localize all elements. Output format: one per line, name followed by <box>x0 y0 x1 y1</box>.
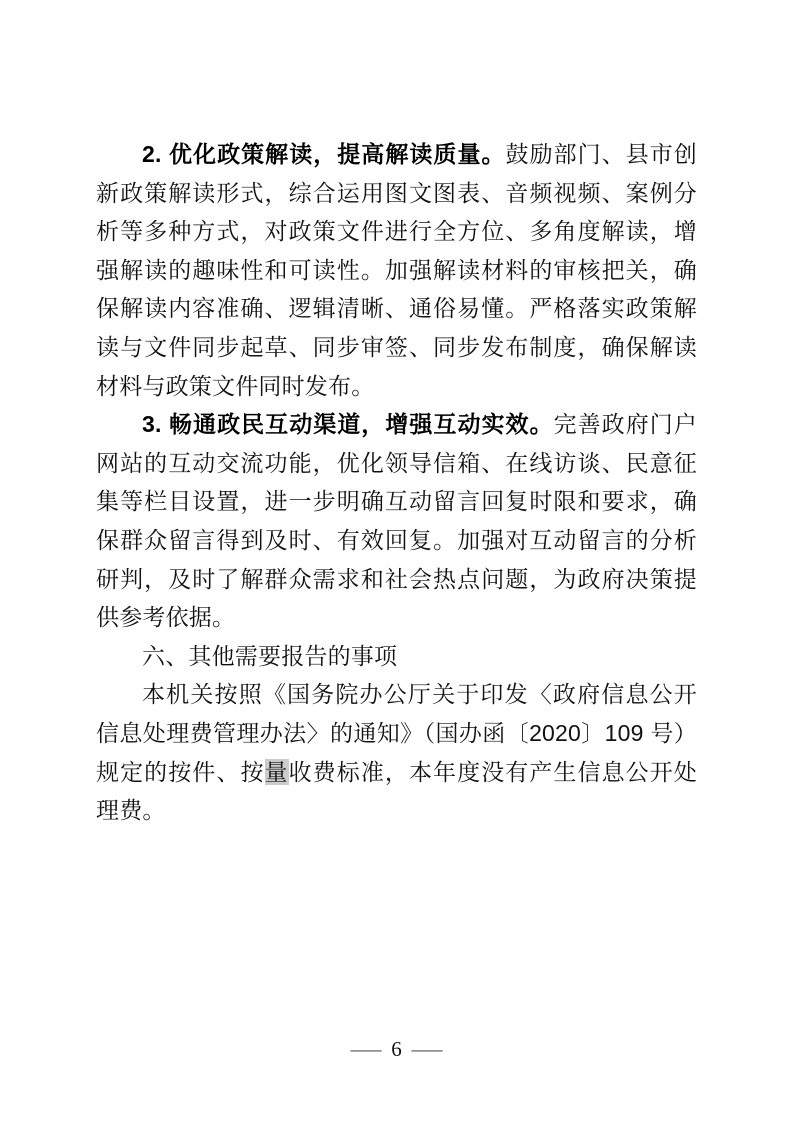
footer-left-dash: — <box>351 1036 382 1062</box>
paragraph-fees-highlighted-char: 量 <box>265 759 289 785</box>
document-body: 2. 优化政策解读，提高解读质量。鼓励部门、县市创新政策解读形式，综合运用图文图… <box>96 135 697 830</box>
document-page: 2. 优化政策解读，提高解读质量。鼓励部门、县市创新政策解读形式，综合运用图文图… <box>0 0 793 1122</box>
section-heading-other-matters: 六、其他需要报告的事项 <box>96 637 697 676</box>
footer-page-number: 6 <box>391 1037 402 1062</box>
paragraph-3-text: 完善政府门户网站的互动交流功能，优化领导信箱、在线访谈、民意征集等栏目设置，进一… <box>96 411 697 630</box>
paragraph-processing-fees: 本机关按照《国务院办公厅关于印发〈政府信息公开信息处理费管理办法〉的通知》（国办… <box>96 675 697 829</box>
paragraph-public-interaction: 3. 畅通政民互动渠道，增强互动实效。完善政府门户网站的互动交流功能，优化领导信… <box>96 405 697 637</box>
page-footer: — 6 — <box>0 1036 793 1062</box>
paragraph-3-lead-bold: 3. 畅通政民互动渠道，增强互动实效。 <box>142 411 554 437</box>
footer-right-dash: — <box>411 1036 442 1062</box>
paragraph-policy-interpretation: 2. 优化政策解读，提高解读质量。鼓励部门、县市创新政策解读形式，综合运用图文图… <box>96 135 697 405</box>
paragraph-2-text: 鼓励部门、县市创新政策解读形式，综合运用图文图表、音频视频、案例分析等多种方式，… <box>96 141 697 399</box>
paragraph-2-lead-bold: 2. 优化政策解读，提高解读质量。 <box>142 141 506 167</box>
